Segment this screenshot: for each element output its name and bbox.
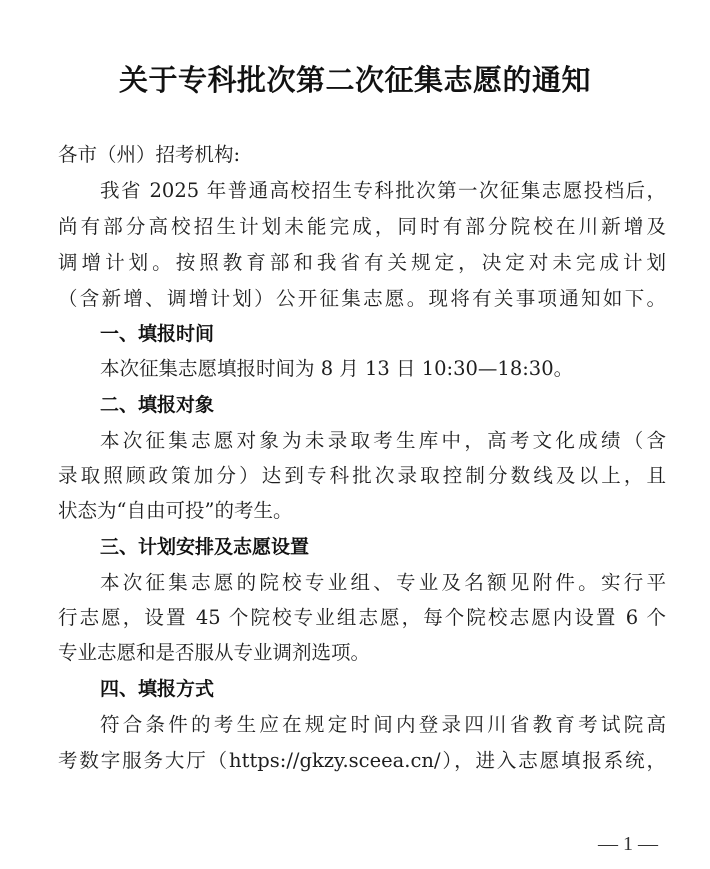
document-title: 关于专科批次第二次征集志愿的通知 <box>0 58 710 99</box>
section-heading-time: 一、填报时间 <box>100 322 214 346</box>
intro-line-3: 调增计划。按照教育部和我省有关规定，决定对未完成计划 <box>58 251 666 275</box>
section-target-line-3: 状态为“自由可投”的考生。 <box>58 499 666 523</box>
section-target-line-2: 录取照顾政策加分）达到专科批次录取控制分数线及以上，且 <box>58 464 666 488</box>
page-number: — 1 — <box>598 833 658 856</box>
section-heading-target: 二、填报对象 <box>100 393 214 417</box>
section-target-line-1: 本次征集志愿对象为未录取考生库中，高考文化成绩（含 <box>100 429 666 453</box>
section-heading-plan: 三、计划安排及志愿设置 <box>100 535 309 559</box>
intro-line-4: （含新增、调增计划）公开征集志愿。现将有关事项通知如下。 <box>58 287 666 311</box>
section-plan-line-3: 专业志愿和是否服从专业调剂选项。 <box>58 641 666 665</box>
section-time-line-1: 本次征集志愿填报时间为 8 月 13 日 10:30—18:30。 <box>100 357 666 381</box>
section-heading-method: 四、填报方式 <box>100 677 214 701</box>
section-plan-line-2: 行志愿，设置 45 个院校专业组志愿，每个院校志愿内设置 6 个 <box>58 606 666 630</box>
intro-line-1: 我省 2025 年普通高校招生专科批次第一次征集志愿投档后， <box>100 179 666 203</box>
intro-line-2: 尚有部分高校招生计划未能完成，同时有部分院校在川新增及 <box>58 215 666 239</box>
salutation: 各市（州）招考机构: <box>58 143 666 167</box>
section-plan-line-1: 本次征集志愿的院校专业组、专业及名额见附件。实行平 <box>100 571 666 595</box>
section-method-line-2: 考数字服务大厅（https://gkzy.sceea.cn/），进入志愿填报系统… <box>58 749 666 773</box>
section-method-line-1: 符合条件的考生应在规定时间内登录四川省教育考试院高 <box>100 713 666 737</box>
